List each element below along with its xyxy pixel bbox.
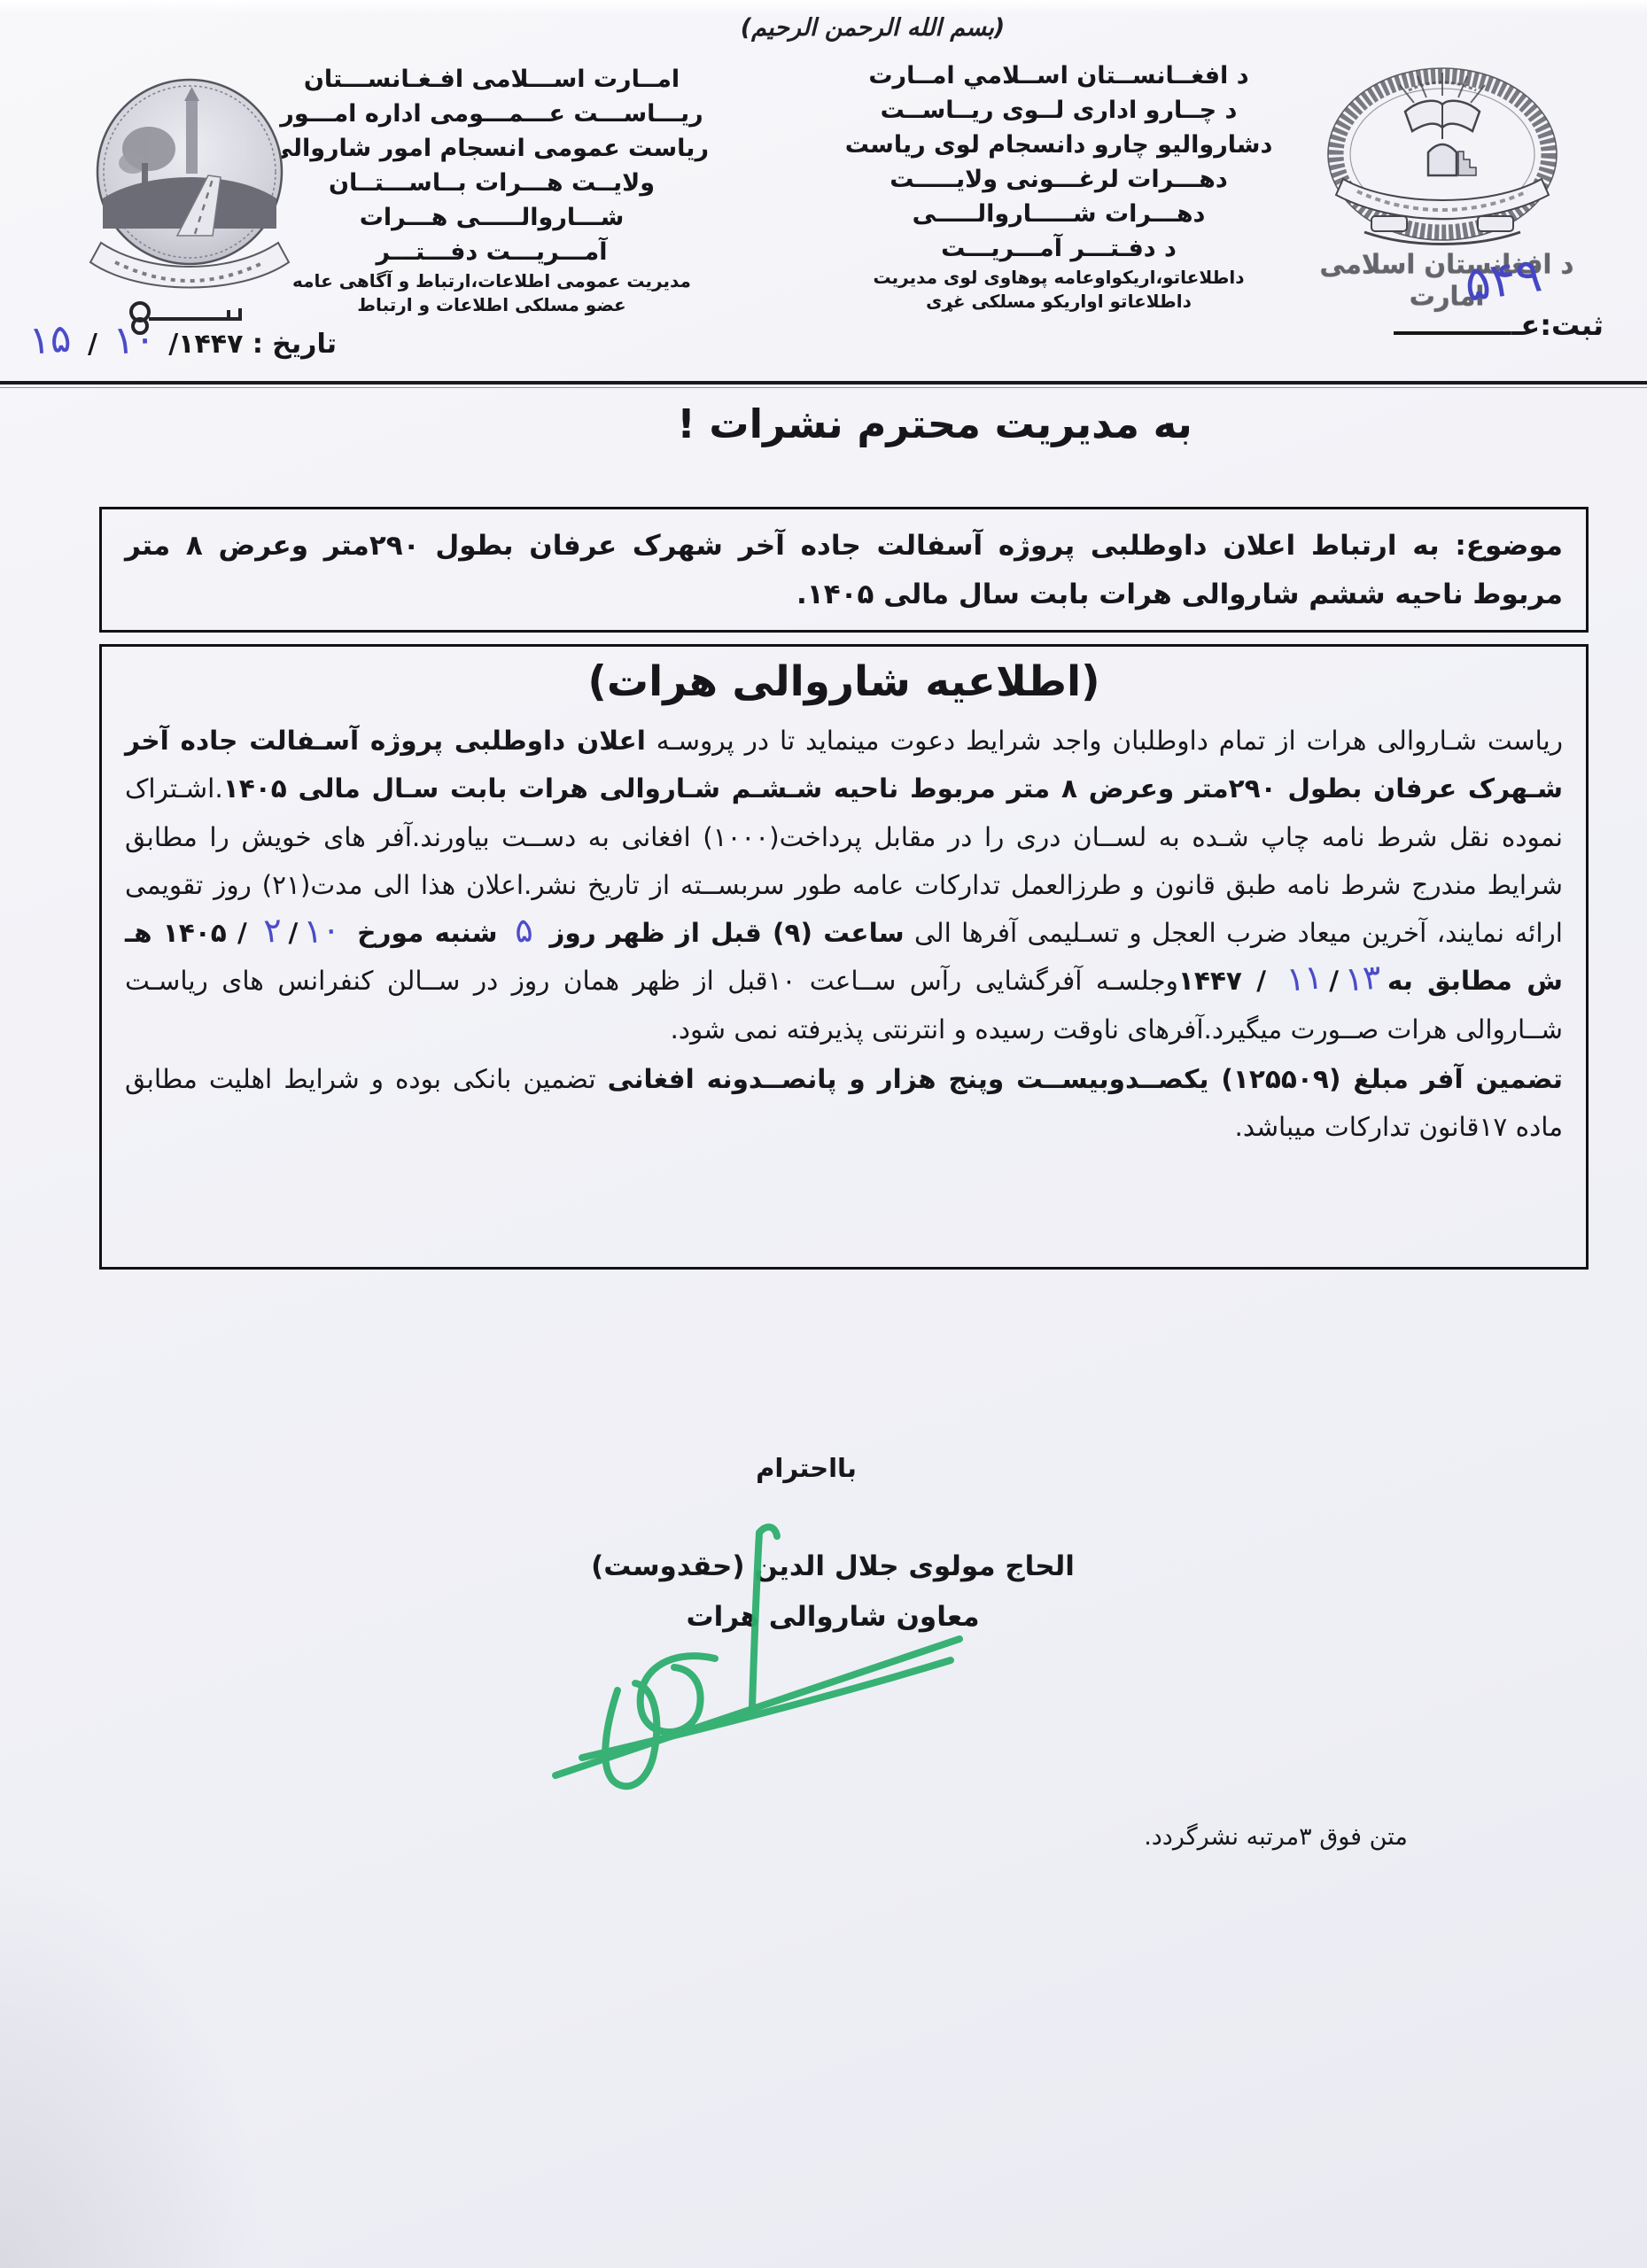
emblem-calligraphy-caption: د افغانستان اسلامی امارت [1283, 248, 1611, 311]
notice-paragraph-2: تضمین آفر مبلغ (۱۲۵۵۰۹) یکصــدوبیســت وپ… [125, 1055, 1563, 1152]
registry-number-handwritten: ۵۴۹ [1461, 246, 1545, 312]
subject-text: موضوع: به ارتباط اعلان داوطلبی پروژه آسف… [125, 530, 1563, 610]
addressee-title: به مدیریت محترم نشرات ! [673, 400, 1196, 447]
bismillah-calligraphy: (بسم الله الرحمن الرحیم) [682, 14, 1063, 42]
date-year: ۱۴۴۷/ [168, 329, 243, 360]
handwritten-number: ۱۰ [297, 912, 348, 950]
header-line: داطلاعاتو،اریکواوعامه پوهاوی لوی مدیریت [828, 266, 1289, 290]
notice-segment-bold: ساعت (۹) قبل از ظهر روز [539, 918, 905, 948]
signatory-title: معاون شاروالی هرات [540, 1592, 1125, 1643]
date-day-handwritten: ۱۵ [25, 319, 76, 361]
header-line: ریاست عمومی انسجام امور شاروالی ها [275, 131, 709, 166]
scan-top-shade [0, 0, 1647, 14]
header-line: دهـــرات شـــــاروالـــــی [828, 197, 1289, 231]
header-line: دهـــرات لرغـــونی ولایـــــت [828, 162, 1289, 197]
registry-underline [1394, 305, 1511, 335]
handwritten-number: ۲ [256, 913, 290, 949]
header-line: شـــاروالـــــی هـــرات [275, 200, 709, 235]
subject-box: موضوع: به ارتباط اعلان داوطلبی پروژه آسف… [99, 507, 1589, 633]
header-pashto-column: د افغــانســتان اســلامي امــارت د چــار… [828, 58, 1289, 314]
signature-block: الحاج مولوی جلال الدین (حقدوست) معاون شا… [540, 1542, 1125, 1643]
header-line: آمـــریـــت دفـــتـــر [275, 235, 709, 269]
header-dari-column: امــارت اســـلامی افـغـانســـتان ریـــاس… [275, 62, 709, 317]
handwritten-number: ۵ [507, 913, 540, 949]
header-separator-line [0, 381, 1647, 384]
islamic-emirate-emblem-icon [1301, 55, 1584, 255]
header-line: د دفـتـــر آمـــریـــت [828, 231, 1289, 266]
notice-segment-bold: شنبه مورخ [346, 918, 509, 948]
header-line: ولایــت هـــرات بــاســـتــان [275, 166, 709, 200]
handwritten-number: ۱۳ [1337, 959, 1388, 998]
date-slash: / [84, 329, 101, 360]
registry-row: ثبت:عـ ۵۴۹ [1382, 305, 1604, 342]
signature-closing: بااحترام [700, 1453, 913, 1483]
signatory-name: الحاج مولوی جلال الدین (حقدوست) [540, 1542, 1125, 1592]
notice-heading: (اطلاعیه شاروالی هرات) [125, 657, 1563, 706]
header-line: دشاروالیو چارو دانسجام لوی ریاست [828, 128, 1289, 162]
notice-segment: ریاست شـاروالی هرات از تمام داوطلبان واج… [646, 726, 1563, 756]
footer-note: متن فوق ۳مرتبه نشرگردد. [1090, 1823, 1462, 1851]
notice-paragraph-1: ریاست شـاروالی هرات از تمام داوطلبان واج… [125, 717, 1563, 1053]
scan-corner-shade [0, 1860, 266, 2268]
header-line: مدیریت عمومی اطلاعات،ارتباط و آگاهی عامه [275, 269, 709, 293]
date-label: تاریخ : [252, 329, 337, 360]
date-row: تاریخ : ۱۴۴۷/ ۱۰ / ۱۵ [27, 321, 337, 360]
notice-segment-bold: تضمین آفر مبلغ (۱۲۵۵۰۹) یکصــدوبیســت وپ… [608, 1064, 1563, 1094]
herat-municipality-seal-icon [78, 64, 301, 338]
handwritten-number: ۱۱ [1279, 959, 1331, 998]
header-line: امــارت اســـلامی افـغـانســـتان [275, 62, 709, 97]
header-separator-line-thin [0, 387, 1647, 388]
registry-label: ثبت:عـ [1511, 308, 1604, 342]
header-line: داطلاعاتو اواریکو مسلکی غړی [828, 290, 1289, 314]
header-line: عضو مسلکی اطلاعات و ارتباط [275, 293, 709, 317]
header-line: ریـــاســـت عـــمـــومی اداره امـــور [275, 97, 709, 131]
date-month-handwritten: ۱۰ [109, 319, 160, 361]
notice-box: (اطلاعیه شاروالی هرات) ریاست شـاروالی هر… [99, 644, 1589, 1270]
header-line: د چــارو اداری لــوی ریــاســت [828, 93, 1289, 128]
notice-segment-bold: / ۱۴۴۷ [1178, 966, 1281, 996]
scanned-letter-page: (بسم الله الرحمن الرحیم) د افغــانســتان… [0, 0, 1647, 2268]
header-line: د افغــانســتان اســلامي امــارت [828, 58, 1289, 93]
